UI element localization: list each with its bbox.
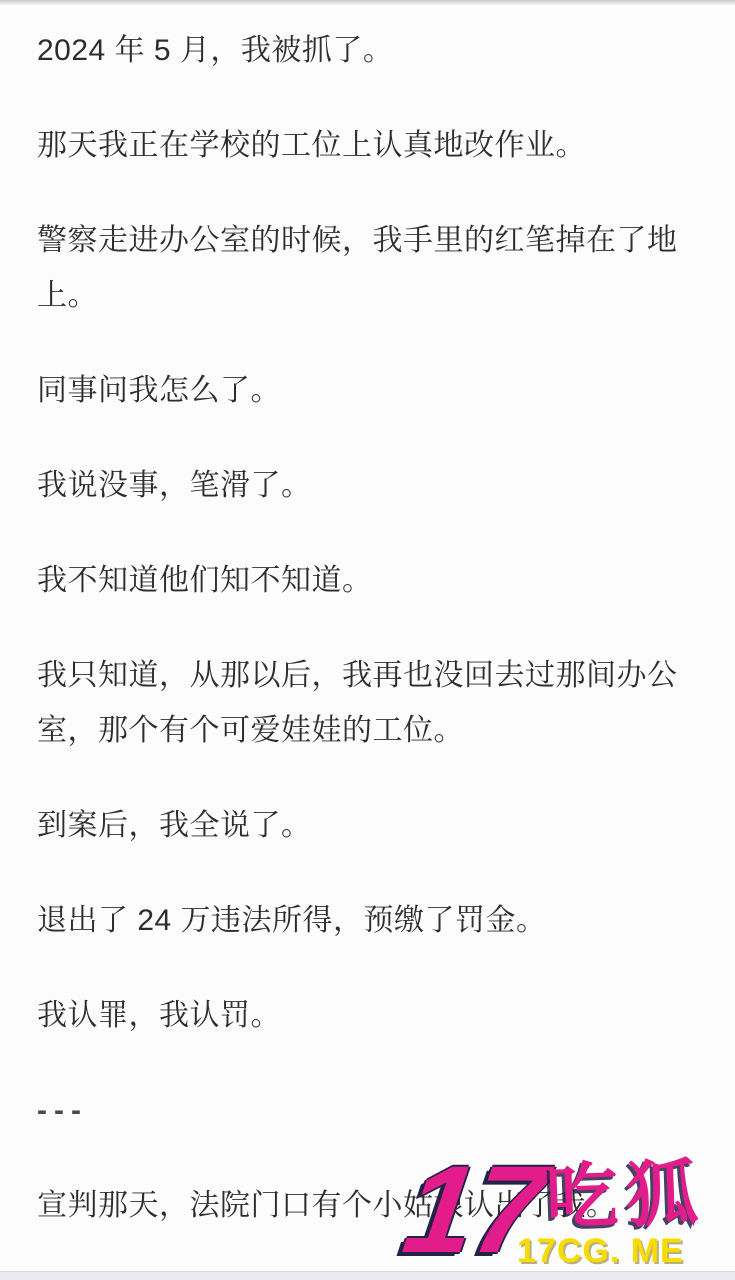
story-paragraph: 同事问我怎么了。: [37, 363, 698, 418]
story-paragraph: 我说没事，笔滑了。: [37, 458, 698, 513]
story-paragraph: 我只知道，从那以后，我再也没回去过那间办公室，那个有个可爱娃娃的工位。: [37, 648, 698, 758]
story-content: 2024 年 5 月，我被抓了。 那天我正在学校的工位上认真地改作业。 警察走进…: [0, 5, 735, 1273]
bottom-edge-strip: [0, 1271, 735, 1280]
story-paragraph: 到案后，我全说了。: [37, 798, 698, 853]
story-paragraph: 退出了 24 万违法所得，预缴了罚金。: [37, 893, 698, 948]
story-paragraph: 警察走进办公室的时候，我手里的红笔掉在了地上。: [37, 213, 698, 323]
story-paragraph: 那天我正在学校的工位上认真地改作业。: [37, 118, 698, 173]
story-paragraph: 2024 年 5 月，我被抓了。: [37, 23, 698, 78]
story-paragraph: 我认罪，我认罚。: [37, 988, 698, 1043]
separator-dashes: ---: [37, 1083, 698, 1138]
story-paragraph: 我不知道他们知不知道。: [37, 553, 698, 608]
story-paragraph: 宣判那天，法院门口有个小姑娘认出了我。: [37, 1178, 698, 1233]
